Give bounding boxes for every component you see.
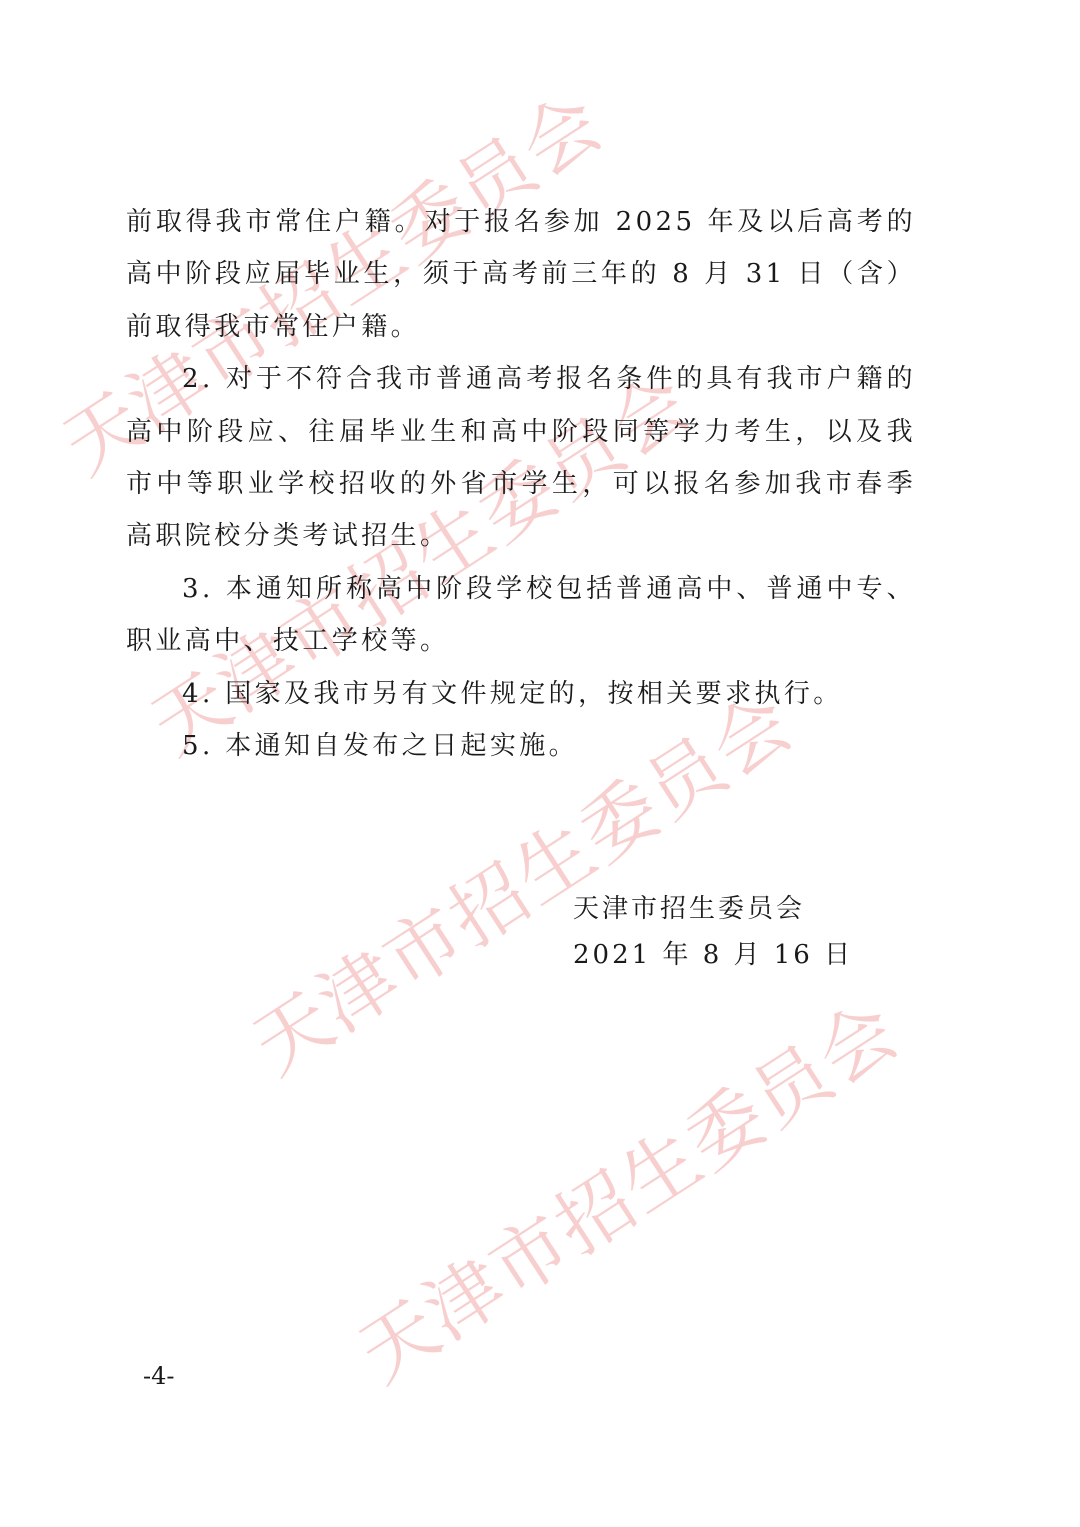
- paragraph-item-3: 3. 本通知所称高中阶段学校包括普通高中、普通中专、职业高中、技工学校等。: [126, 563, 916, 668]
- paragraph-item-5: 5. 本通知自发布之日起实施。: [126, 720, 916, 772]
- page-number: -4-: [143, 1362, 175, 1390]
- signature-date: 2021 年 8 月 16 日: [573, 932, 853, 978]
- watermark: 天津市招生委员会: [347, 990, 912, 1394]
- paragraph-item-4: 4. 国家及我市另有文件规定的，按相关要求执行。: [126, 668, 916, 720]
- paragraph-1-continued: 前取得我市常住户籍。对于报名参加 2025 年及以后高考的高中阶段应届毕业生，须…: [126, 196, 916, 353]
- paragraph-item-2: 2. 对于不符合我市普通高考报名条件的具有我市户籍的高中阶段应、往届毕业生和高中…: [126, 353, 916, 563]
- signature-block: 天津市招生委员会 2021 年 8 月 16 日: [573, 886, 853, 978]
- signature-organization: 天津市招生委员会: [573, 886, 853, 932]
- document-body: 前取得我市常住户籍。对于报名参加 2025 年及以后高考的高中阶段应届毕业生，须…: [126, 196, 916, 772]
